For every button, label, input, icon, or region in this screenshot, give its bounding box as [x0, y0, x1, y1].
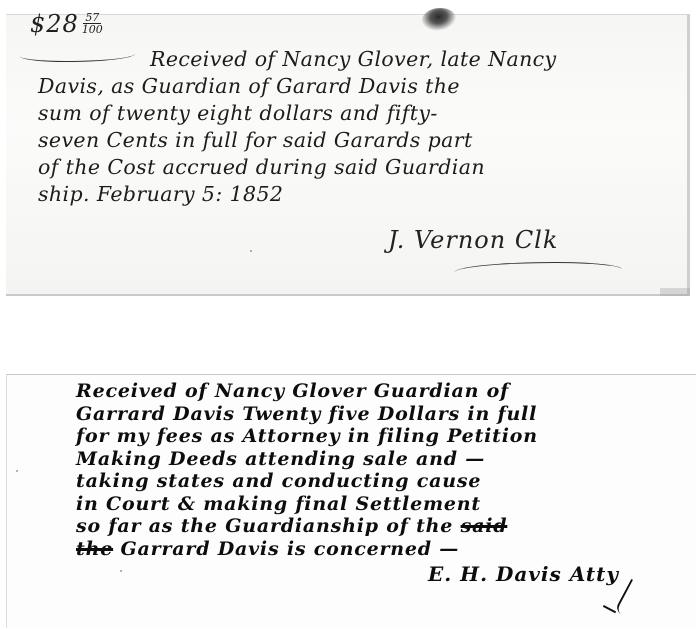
receipt-2-line: Received of Nancy Glover Guardian of	[76, 380, 696, 403]
receipt-1-body: Received of Nancy Glover, late Nancy Dav…	[38, 46, 678, 208]
receipt-1-line: seven Cents in full for said Garards par…	[38, 127, 678, 154]
receipt-1-line: Received of Nancy Glover, late Nancy	[38, 46, 678, 73]
receipt-2-line: Making Deeds attending sale and —	[76, 448, 696, 471]
paper-speck	[110, 520, 112, 522]
cents-denominator: 100	[82, 24, 103, 35]
receipt-1-amount: $28 57 100	[30, 10, 103, 38]
paper-speck	[120, 570, 122, 572]
receipt-2-line: for my fees as Attorney in filing Petiti…	[76, 425, 696, 448]
scanned-document-page: $28 57 100 Received of Nancy Glover, lat…	[0, 0, 700, 630]
struck-word: the	[76, 538, 113, 560]
receipt-2-line-text: Garrard Davis is concerned —	[121, 538, 460, 560]
receipt-2-line: Garrard Davis Twenty five Dollars in ful…	[76, 403, 696, 426]
receipt-2-signature: E. H. Davis Atty	[428, 562, 619, 586]
receipt-2-line: in Court & making final Settlement	[76, 493, 696, 516]
receipt-2-line: taking states and conducting cause	[76, 470, 696, 493]
receipt-2-line-with-strike: the Garrard Davis is concerned —	[76, 538, 696, 561]
receipt-1-line: of the Cost accrued during said Guardian	[38, 154, 678, 181]
paper-speck	[250, 250, 252, 252]
signature-flourish	[454, 262, 622, 280]
amount-cents-fraction: 57 100	[82, 12, 103, 35]
receipt-2-body: Received of Nancy Glover Guardian of Gar…	[76, 380, 696, 560]
paper-speck	[16, 470, 18, 472]
receipt-1-line: ship. February 5: 1852	[38, 181, 678, 208]
receipt-2-line-text: so far as the Guardianship of the	[76, 515, 453, 537]
receipt-2-line-with-strike: so far as the Guardianship of the said	[76, 515, 696, 538]
receipt-1-signature: J. Vernon Clk	[388, 226, 558, 254]
receipt-1-line: sum of twenty eight dollars and fifty-	[38, 100, 678, 127]
receipt-1-line: Davis, as Guardian of Garard Davis the	[38, 73, 678, 100]
struck-word: said	[461, 515, 508, 537]
amount-dollars: $28	[30, 10, 79, 38]
